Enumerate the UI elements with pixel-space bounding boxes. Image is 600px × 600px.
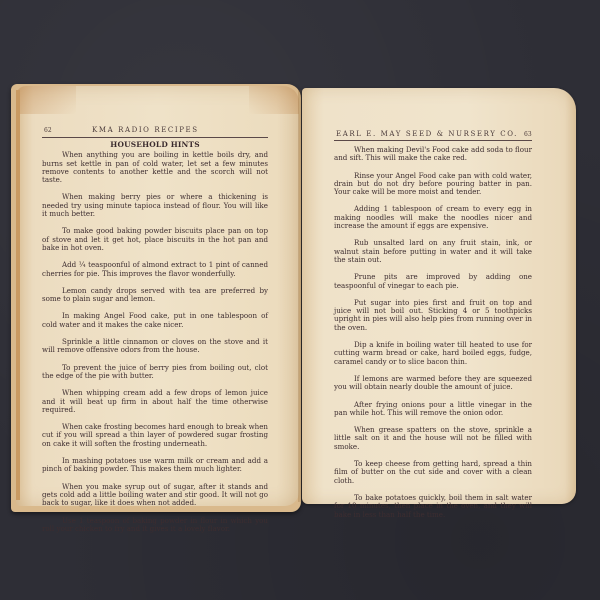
right-page-number: 63 — [524, 131, 532, 138]
hint-paragraph: Dip a knife in boiling water till heated… — [334, 341, 532, 366]
right-text-column: When making Devil's Food cake add soda t… — [334, 146, 532, 528]
right-running-head: EARL E. MAY SEED & NURSERY CO. — [336, 130, 518, 138]
hint-paragraph: When grease spatters on the stove, sprin… — [334, 426, 532, 451]
hint-paragraph: Adding 1 tablespoon of cream to every eg… — [334, 205, 532, 230]
hint-paragraph: In making Angel Food cake, put in one ta… — [42, 312, 268, 329]
hint-paragraph: When making berry pies or where a thicke… — [42, 193, 268, 218]
hint-paragraph: Use 1 teaspoon of baking powder in flour… — [42, 517, 268, 534]
hint-paragraph: Prune pits are improved by adding one te… — [334, 273, 532, 290]
left-running-head: KMA RADIO RECIPES — [92, 126, 199, 134]
hint-paragraph: When cake frosting becomes hard enough t… — [42, 423, 268, 448]
right-header-rule — [334, 140, 532, 141]
section-title-household-hints: HOUSEHOLD HINTS — [42, 141, 268, 149]
hint-paragraph: Rub unsalted lard on any fruit stain, in… — [334, 239, 532, 264]
left-page-number: 62 — [44, 127, 52, 134]
hint-paragraph: When you make syrup out of sugar, after … — [42, 483, 268, 508]
hint-paragraph: Lemon candy drops served with tea are pr… — [42, 287, 268, 304]
open-booklet-photo: 62 KMA RADIO RECIPES HOUSEHOLD HINTS Whe… — [0, 0, 600, 600]
left-page-edge-strip — [16, 90, 20, 500]
left-header-rule — [42, 137, 268, 138]
hint-paragraph: Rinse your Angel Food cake pan with cold… — [334, 172, 532, 197]
hint-paragraph: To bake potatoes quickly, boil them in s… — [334, 494, 532, 519]
hint-paragraph: To prevent the juice of berry pies from … — [42, 364, 268, 381]
hint-paragraph: When whipping cream add a few drops of l… — [42, 389, 268, 414]
hint-paragraph: Put sugar into pies first and fruit on t… — [334, 299, 532, 332]
hint-paragraph: To make good baking powder biscuits plac… — [42, 227, 268, 252]
hint-paragraph: Sprinkle a little cinnamon or cloves on … — [42, 338, 268, 355]
hint-paragraph: Add ¼ teaspoonful of almond extract to 1… — [42, 261, 268, 278]
hint-paragraph: If lemons are warmed before they are squ… — [334, 375, 532, 392]
hint-paragraph: In mashing potatoes use warm milk or cre… — [42, 457, 268, 474]
hint-paragraph: To keep cheese from getting hard, spread… — [334, 460, 532, 485]
hint-paragraph: After frying onions pour a little vinega… — [334, 401, 532, 418]
hint-paragraph: When anything you are boiling in kettle … — [42, 151, 268, 184]
hint-paragraph: When making Devil's Food cake add soda t… — [334, 146, 532, 163]
left-text-column: HOUSEHOLD HINTS When anything you are bo… — [42, 141, 268, 542]
